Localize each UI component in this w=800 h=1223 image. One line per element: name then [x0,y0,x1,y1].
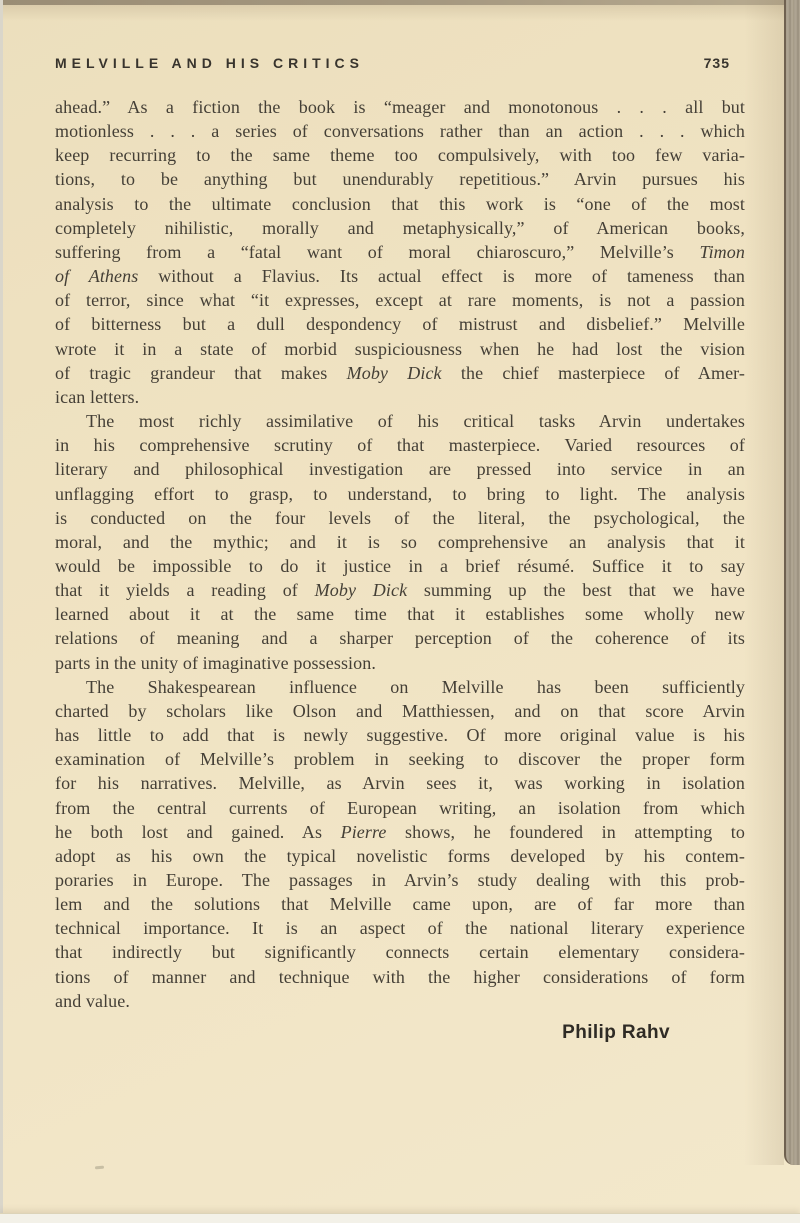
text-line: suffering from a “fatal want of moral ch… [55,240,745,264]
running-head-title: MELVILLE AND HIS CRITICS [55,55,364,71]
page-edge-bottom [0,1214,800,1223]
text-line: examination of Melville’s problem in see… [55,747,745,771]
text-line: tions, to be anything but unendurably re… [55,167,745,191]
text-line: completely nihilistic, morally and metap… [55,216,745,240]
text-line: that indirectly but significantly connec… [55,940,745,964]
book-page-stack-edge [784,0,800,1165]
text-line: of tragic grandeur that makes Moby Dick … [55,361,745,385]
text-line: charted by scholars like Olson and Matth… [55,699,745,723]
text-line: lem and the solutions that Melville came… [55,892,745,916]
page-body: ahead.” As a fiction the book is “meager… [55,95,745,1013]
text-line: ahead.” As a fiction the book is “meager… [55,95,745,119]
scan-speck [95,1166,104,1170]
paragraph: The most richly assimilative of his crit… [55,409,745,675]
text-line: keep recurring to the same theme too com… [55,143,745,167]
page-header: MELVILLE AND HIS CRITICS 735 [55,55,745,71]
text-line: of bitterness but a dull despondency of … [55,312,745,336]
page-curl-shadow [744,0,784,1165]
text-line: and value. [55,989,745,1013]
text-line: technical importance. It is an aspect of… [55,916,745,940]
text-line: moral, and the mythic; and it is so comp… [55,530,745,554]
page-edge-left [0,0,3,1223]
text-line: is conducted on the four levels of the l… [55,506,745,530]
author-signature: Philip Rahv [55,1022,745,1044]
text-line: parts in the unity of imaginative posses… [55,651,745,675]
text-line: has little to add that is newly suggesti… [55,723,745,747]
paragraph: ahead.” As a fiction the book is “meager… [55,95,745,409]
page-edge-top-shadow [0,5,800,21]
text-line: relations of meaning and a sharper perce… [55,626,745,650]
text-line: ican letters. [55,385,745,409]
text-line: from the central currents of European wr… [55,796,745,820]
text-line: tions of manner and technique with the h… [55,965,745,989]
text-line: would be impossible to do it justice in … [55,554,745,578]
text-line: he both lost and gained. As Pierre shows… [55,820,745,844]
scanned-book-page: MELVILLE AND HIS CRITICS 735 ahead.” As … [0,0,800,1223]
text-line: wrote it in a state of morbid suspicious… [55,337,745,361]
text-line: The most richly assimilative of his crit… [55,409,745,433]
text-line: adopt as his own the typical novelistic … [55,844,745,868]
text-line: motionless . . . a series of conversatio… [55,119,745,143]
text-line: unflagging effort to grasp, to understan… [55,482,745,506]
paragraph: The Shakespearean influence on Melville … [55,675,745,1013]
text-line: that it yields a reading of Moby Dick su… [55,578,745,602]
text-line: for his narratives. Melville, as Arvin s… [55,771,745,795]
text-line: of terror, since what “it expresses, exc… [55,288,745,312]
page-number: 735 [704,55,745,71]
text-line: analysis to the ultimate conclusion that… [55,192,745,216]
text-line: in his comprehensive scrutiny of that ma… [55,433,745,457]
text-line: of Athens without a Flavius. Its actual … [55,264,745,288]
text-line: The Shakespearean influence on Melville … [55,675,745,699]
text-line: learned about it at the same time that i… [55,602,745,626]
text-line: poraries in Europe. The passages in Arvi… [55,868,745,892]
text-line: literary and philosophical investigation… [55,457,745,481]
